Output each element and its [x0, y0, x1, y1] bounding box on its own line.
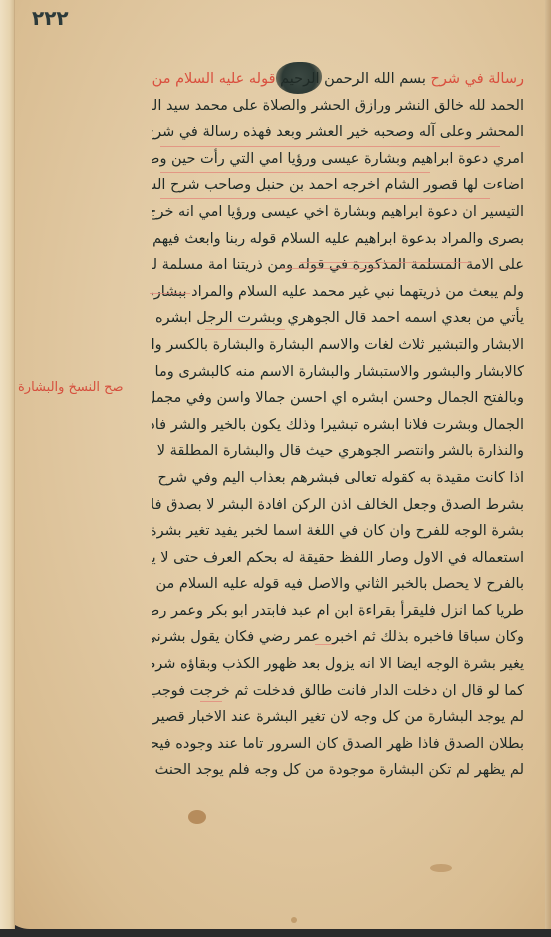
page-right-edge — [545, 0, 551, 929]
text-line: المحشر وعلى آله وصحبه خير العشر وبعد فهذ… — [152, 119, 524, 146]
text-line: اذا كانت مقيدة به كقوله تعالى فبشرهم بعذ… — [152, 465, 524, 492]
text-line: يغير بشرة الوجه ايضا الا انه يزول بعد ظه… — [152, 651, 524, 678]
text-line: ولم يبعث من ذريتهما نبي غير محمد عليه ال… — [152, 279, 524, 306]
red-overline — [315, 644, 335, 645]
red-overline — [150, 293, 190, 294]
text-line: الحمد لله خالق النشر ورازق الحشر والصلاة… — [152, 93, 524, 120]
text-line: بطلان الصدق فاذا ظهر الصدق كان السرور تا… — [152, 731, 524, 758]
red-overline — [160, 172, 430, 173]
manuscript-page: ٢٢٢ صح النسخ والبشارة رسالة في شرح بسم ا… — [0, 0, 551, 929]
red-overline — [160, 146, 500, 147]
red-overline — [280, 268, 380, 269]
folio-number: ٢٢٢ — [32, 6, 69, 30]
text-line: طريا كما انزل فليقرأ بقراءة ابن ام عبد ف… — [152, 598, 524, 625]
text-line: بصرى والمراد بدعوة ابراهيم عليه السلام ق… — [152, 226, 524, 253]
heading-line: رسالة في شرح بسم الله الرحمن الرحيم قوله… — [152, 66, 524, 93]
binding-gutter — [0, 0, 15, 929]
dust-spot — [430, 864, 452, 872]
margin-note: صح النسخ والبشارة — [18, 380, 124, 395]
basmala: بسم الله الرحمن الرحيم — [280, 71, 426, 87]
water-stain — [188, 810, 206, 824]
text-line: وبالفتح الجمال وحسن ابشره اي احسن جمالا … — [152, 385, 524, 412]
text-line: الابشار والتبشير ثلاث لغات والاسم البشار… — [152, 332, 524, 359]
red-overline — [300, 262, 470, 263]
text-line: يأتي من بعدي اسمه احمد قال الجوهري وبشرت… — [152, 305, 524, 332]
text-line: التيسير ان دعوة ابراهيم وبشارة اخي عيسى … — [152, 199, 524, 226]
text-line: بشرة الوجه للفرح وان كان في اللغة اسما ل… — [152, 518, 524, 545]
text-line: بشرط الصدق وجعل الخالف اذن الركن افادة ا… — [152, 492, 524, 519]
red-overline — [160, 198, 490, 199]
text-line: لم يظهر لم تكن البشارة موجودة من كل وجه … — [152, 757, 524, 784]
text-line: امري دعوة ابراهيم وبشارة عيسى ورؤيا امي … — [152, 146, 524, 173]
red-overline — [200, 701, 222, 702]
text-block: رسالة في شرح بسم الله الرحمن الرحيم قوله… — [152, 66, 524, 784]
heading-red-title-left: قوله عليه السلام من اخبرني بخروج آذار — [152, 71, 276, 87]
text-line: والنذارة بالشر وانتصر الجوهري حيث قال وا… — [152, 438, 524, 465]
text-line: اضاءت لها قصور الشام اخرجه احمد بن حنبل … — [152, 172, 524, 199]
heading-red-title-right: رسالة في شرح — [430, 71, 524, 87]
dust-spot — [291, 917, 297, 923]
text-line: بالفرح لا يحصل بالخبر الثاني والاصل فيه … — [152, 571, 524, 598]
text-line: الجمال وبشرت فلانا ابشره تبشيرا وذلك يكو… — [152, 412, 524, 439]
text-line: لم يوجد البشارة من كل وجه لان تغير البشر… — [152, 704, 524, 731]
text-line: على الامة المسلمة المذكورة في قوله ومن ذ… — [152, 252, 524, 279]
text-line: وكان سباقا فاخبره بذلك ثم اخبره عمر رضي … — [152, 624, 524, 651]
text-line: استعماله في الاول وصار اللفظ حقيقة له بح… — [152, 545, 524, 572]
red-overline — [205, 329, 285, 330]
text-line: كالابشار والبشور والاستبشار والبشارة الا… — [152, 359, 524, 386]
